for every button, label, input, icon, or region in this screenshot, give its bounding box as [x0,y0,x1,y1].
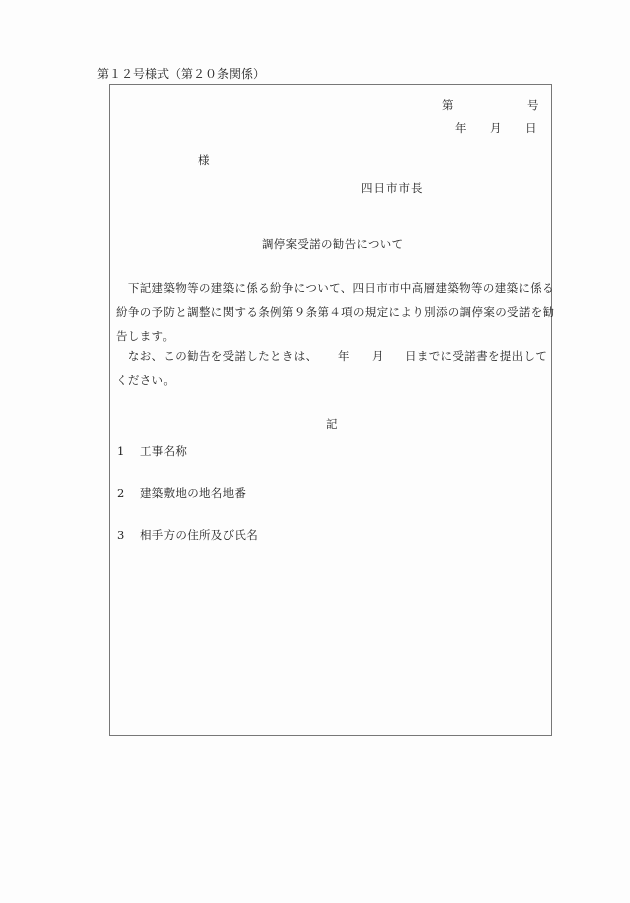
document-frame [109,84,552,736]
item-number: 2 [117,488,124,500]
sender-name: 四日市市長 [361,183,424,195]
ki-heading: 記 [326,419,338,431]
deadline-year-label: 年 [338,351,350,363]
date-month-label: 月 [490,123,502,135]
item-label-site-address: 建築敷地の地名地番 [140,488,246,500]
document-title: 調停案受諾の勧告について [262,239,403,251]
addressee-honorific: 様 [198,155,210,167]
item-number: 1 [117,446,124,458]
body-paragraph-1-line-1: 下記建築物等の建築に係る紛争について、四日市市中高層建築物等の建築に係る [116,283,554,295]
body-paragraph-1-line-2: 紛争の予防と調整に関する条例第９条第４項の規定により別添の調停案の受諾を勧 [116,307,554,319]
body-paragraph-2-line-1-start: なお、この勧告を受諾したときは、 [116,351,317,363]
deadline-month-label: 月 [372,351,384,363]
item-label-construction-name: 工事名称 [140,446,187,458]
document-number-suffix: 号 [527,100,539,112]
item-number: 3 [117,530,124,542]
body-paragraph-2-line-2: ください。 [116,375,175,387]
date-year-label: 年 [455,123,467,135]
form-number-label: 第１２号様式（第２０条関係） [97,68,265,80]
document-number-prefix: 第 [442,100,454,112]
body-paragraph-2-line-1-end: 日までに受諾書を提出して [405,351,547,363]
body-paragraph-1-line-3: 告します。 [116,331,174,343]
date-day-label: 日 [525,123,537,135]
item-label-counterparty: 相手方の住所及び氏名 [140,530,258,542]
